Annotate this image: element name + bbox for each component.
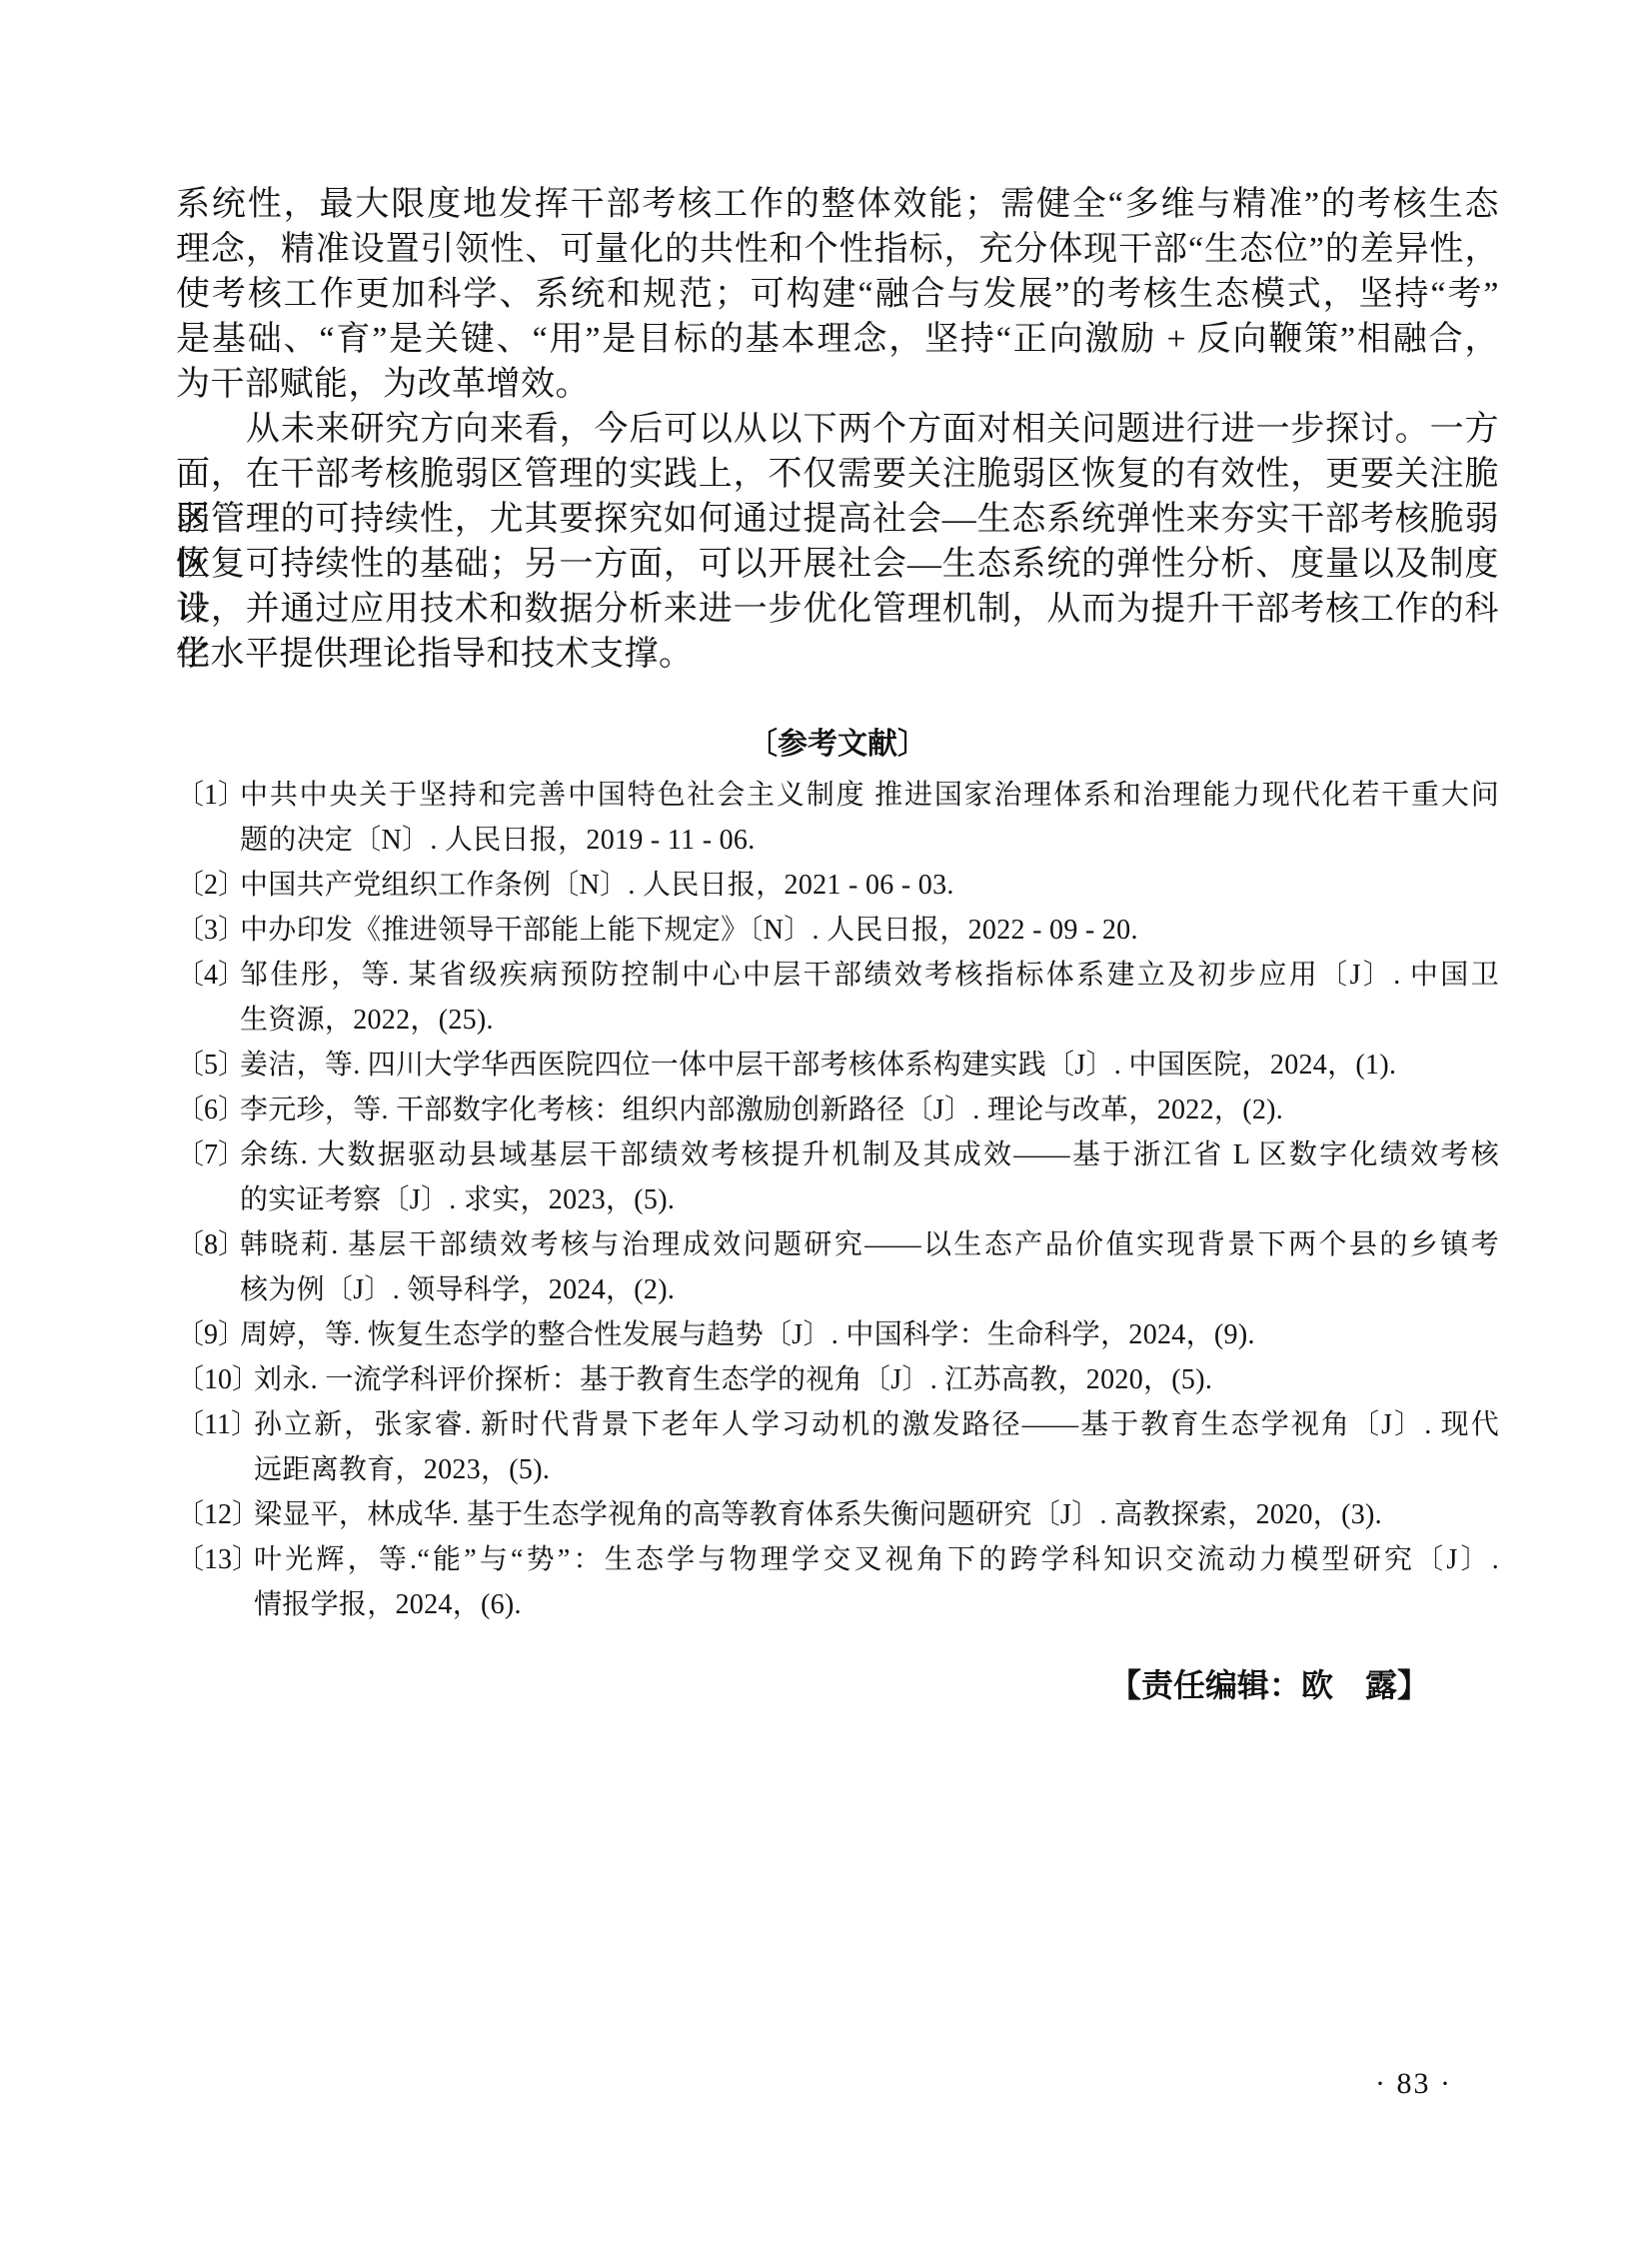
editor-credit: 【责任编辑：欧 露】 — [176, 1663, 1499, 1708]
reference-line: 姜洁，等. 四川大学华西医院四位一体中层干部考核体系构建实践〔J〕. 中国医院，… — [240, 1043, 1499, 1088]
main-text-block: 系统性，最大限度地发挥干部考核工作的整体效能；需健全“多维与精准”的考核生态 理… — [176, 182, 1499, 1708]
reference-item: 〔5〕 姜洁，等. 四川大学华西医院四位一体中层干部考核体系构建实践〔J〕. 中… — [176, 1043, 1499, 1088]
reference-line: 周婷，等. 恢复生态学的整合性发展与趋势〔J〕. 中国科学：生命科学，2024，… — [240, 1312, 1499, 1357]
reference-item: 〔9〕 周婷，等. 恢复生态学的整合性发展与趋势〔J〕. 中国科学：生命科学，2… — [176, 1312, 1499, 1357]
text-line: 化水平提供理论指导和技术支撑。 — [176, 632, 1499, 677]
reference-line: 叶光辉，等.“能”与“势”：生态学与物理学交叉视角下的跨学科知识交流动力模型研究… — [254, 1537, 1499, 1582]
reference-line: 邹佳彤，等. 某省级疾病预防控制中心中层干部绩效考核指标体系建立及初步应用〔J〕… — [240, 953, 1499, 998]
text-line: 面，在干部考核脆弱区管理的实践上，不仅需要关注脆弱区恢复的有效性，更要关注脆弱 — [176, 452, 1499, 497]
reference-line: 李元珍，等. 干部数字化考核：组织内部激励创新路径〔J〕. 理论与改革，2022… — [240, 1088, 1499, 1132]
reference-line: 中国共产党组织工作条例〔N〕. 人民日报，2021 - 06 - 03. — [240, 863, 1499, 908]
text-line: 从未来研究方向来看，今后可以从以下两个方面对相关问题进行进一步探讨。一方 — [176, 407, 1499, 452]
text-line: 使考核工作更加科学、系统和规范；可构建“融合与发展”的考核生态模式，坚持“考” — [176, 272, 1499, 317]
reference-label: 〔1〕 — [176, 773, 246, 818]
reference-item: 〔3〕 中办印发《推进领导干部能上能下规定》〔N〕. 人民日报，2022 - 0… — [176, 908, 1499, 953]
reference-line: 的实证考察〔J〕. 求实，2023，(5). — [240, 1177, 1499, 1222]
reference-list: 〔1〕 中共中央关于坚持和完善中国特色社会主义制度 推进国家治理体系和治理能力现… — [176, 773, 1499, 1627]
reference-label: 〔3〕 — [176, 908, 246, 953]
reference-label: 〔13〕 — [176, 1537, 260, 1582]
reference-item: 〔6〕 李元珍，等. 干部数字化考核：组织内部激励创新路径〔J〕. 理论与改革，… — [176, 1088, 1499, 1132]
reference-item: 〔10〕 刘永. 一流学科评价探析：基于教育生态学的视角〔J〕. 江苏高教，20… — [176, 1357, 1499, 1402]
reference-label: 〔8〕 — [176, 1222, 246, 1267]
reference-label: 〔7〕 — [176, 1132, 246, 1177]
reference-label: 〔11〕 — [176, 1402, 259, 1447]
reference-line: 题的决定〔N〕. 人民日报，2019 - 11 - 06. — [240, 818, 1499, 863]
reference-line: 生资源，2022，(25). — [240, 998, 1499, 1043]
reference-label: 〔6〕 — [176, 1088, 246, 1132]
reference-line: 情报学报，2024，(6). — [254, 1582, 1499, 1627]
text-line: 系统性，最大限度地发挥干部考核工作的整体效能；需健全“多维与精准”的考核生态 — [176, 182, 1499, 227]
reference-item: 〔4〕 邹佳彤，等. 某省级疾病预防控制中心中层干部绩效考核指标体系建立及初步应… — [176, 953, 1499, 1043]
reference-label: 〔4〕 — [176, 953, 246, 998]
body-paragraph-1: 系统性，最大限度地发挥干部考核工作的整体效能；需健全“多维与精准”的考核生态 理… — [176, 182, 1499, 407]
text-line: 计，并通过应用技术和数据分析来进一步优化管理机制，从而为提升干部考核工作的科学 — [176, 587, 1499, 632]
reference-item: 〔1〕 中共中央关于坚持和完善中国特色社会主义制度 推进国家治理体系和治理能力现… — [176, 773, 1499, 863]
reference-line: 梁显平，林成华. 基于生态学视角的高等教育体系失衡问题研究〔J〕. 高教探索，2… — [254, 1492, 1499, 1537]
text-line: 为干部赋能，为改革增效。 — [176, 362, 1499, 407]
text-line: 理念，精准设置引领性、可量化的共性和个性指标，充分体现干部“生态位”的差异性， — [176, 227, 1499, 272]
reference-item: 〔12〕 梁显平，林成华. 基于生态学视角的高等教育体系失衡问题研究〔J〕. 高… — [176, 1492, 1499, 1537]
references-heading: 〔参考文献〕 — [176, 722, 1499, 767]
body-paragraph-2: 从未来研究方向来看，今后可以从以下两个方面对相关问题进行进一步探讨。一方 面，在… — [176, 407, 1499, 677]
reference-item: 〔11〕 孙立新，张家睿. 新时代背景下老年人学习动机的激发路径——基于教育生态… — [176, 1402, 1499, 1492]
page-number: · 83 · — [1375, 2061, 1452, 2106]
reference-line: 中共中央关于坚持和完善中国特色社会主义制度 推进国家治理体系和治理能力现代化若干… — [240, 773, 1499, 818]
reference-line: 远距离教育，2023，(5). — [254, 1447, 1499, 1492]
reference-line: 韩晓莉. 基层干部绩效考核与治理成效问题研究——以生态产品价值实现背景下两个县的… — [240, 1222, 1499, 1267]
reference-line: 刘永. 一流学科评价探析：基于教育生态学的视角〔J〕. 江苏高教，2020，(5… — [254, 1357, 1499, 1402]
reference-label: 〔2〕 — [176, 863, 246, 908]
reference-label: 〔9〕 — [176, 1312, 246, 1357]
text-line: 恢复可持续性的基础；另一方面，可以开展社会—生态系统的弹性分析、度量以及制度设 — [176, 542, 1499, 587]
reference-line: 中办印发《推进领导干部能上能下规定》〔N〕. 人民日报，2022 - 09 - … — [240, 908, 1499, 953]
reference-label: 〔5〕 — [176, 1043, 246, 1088]
journal-page: 系统性，最大限度地发挥干部考核工作的整体效能；需健全“多维与精准”的考核生态 理… — [0, 0, 1652, 2243]
reference-item: 〔8〕 韩晓莉. 基层干部绩效考核与治理成效问题研究——以生态产品价值实现背景下… — [176, 1222, 1499, 1312]
reference-line: 余练. 大数据驱动县域基层干部绩效考核提升机制及其成效——基于浙江省 L 区数字… — [240, 1132, 1499, 1177]
reference-item: 〔13〕 叶光辉，等.“能”与“势”：生态学与物理学交叉视角下的跨学科知识交流动… — [176, 1537, 1499, 1627]
reference-label: 〔10〕 — [176, 1357, 260, 1402]
reference-item: 〔7〕 余练. 大数据驱动县域基层干部绩效考核提升机制及其成效——基于浙江省 L… — [176, 1132, 1499, 1222]
reference-item: 〔2〕 中国共产党组织工作条例〔N〕. 人民日报，2021 - 06 - 03. — [176, 863, 1499, 908]
reference-line: 孙立新，张家睿. 新时代背景下老年人学习动机的激发路径——基于教育生态学视角〔J… — [254, 1402, 1499, 1447]
reference-label: 〔12〕 — [176, 1492, 260, 1537]
text-line: 是基础、“育”是关键、“用”是目标的基本理念，坚持“正向激励 + 反向鞭策”相融… — [176, 317, 1499, 362]
reference-line: 核为例〔J〕. 领导科学，2024，(2). — [240, 1267, 1499, 1312]
text-line: 区管理的可持续性，尤其要探究如何通过提高社会—生态系统弹性来夯实干部考核脆弱区 — [176, 497, 1499, 542]
